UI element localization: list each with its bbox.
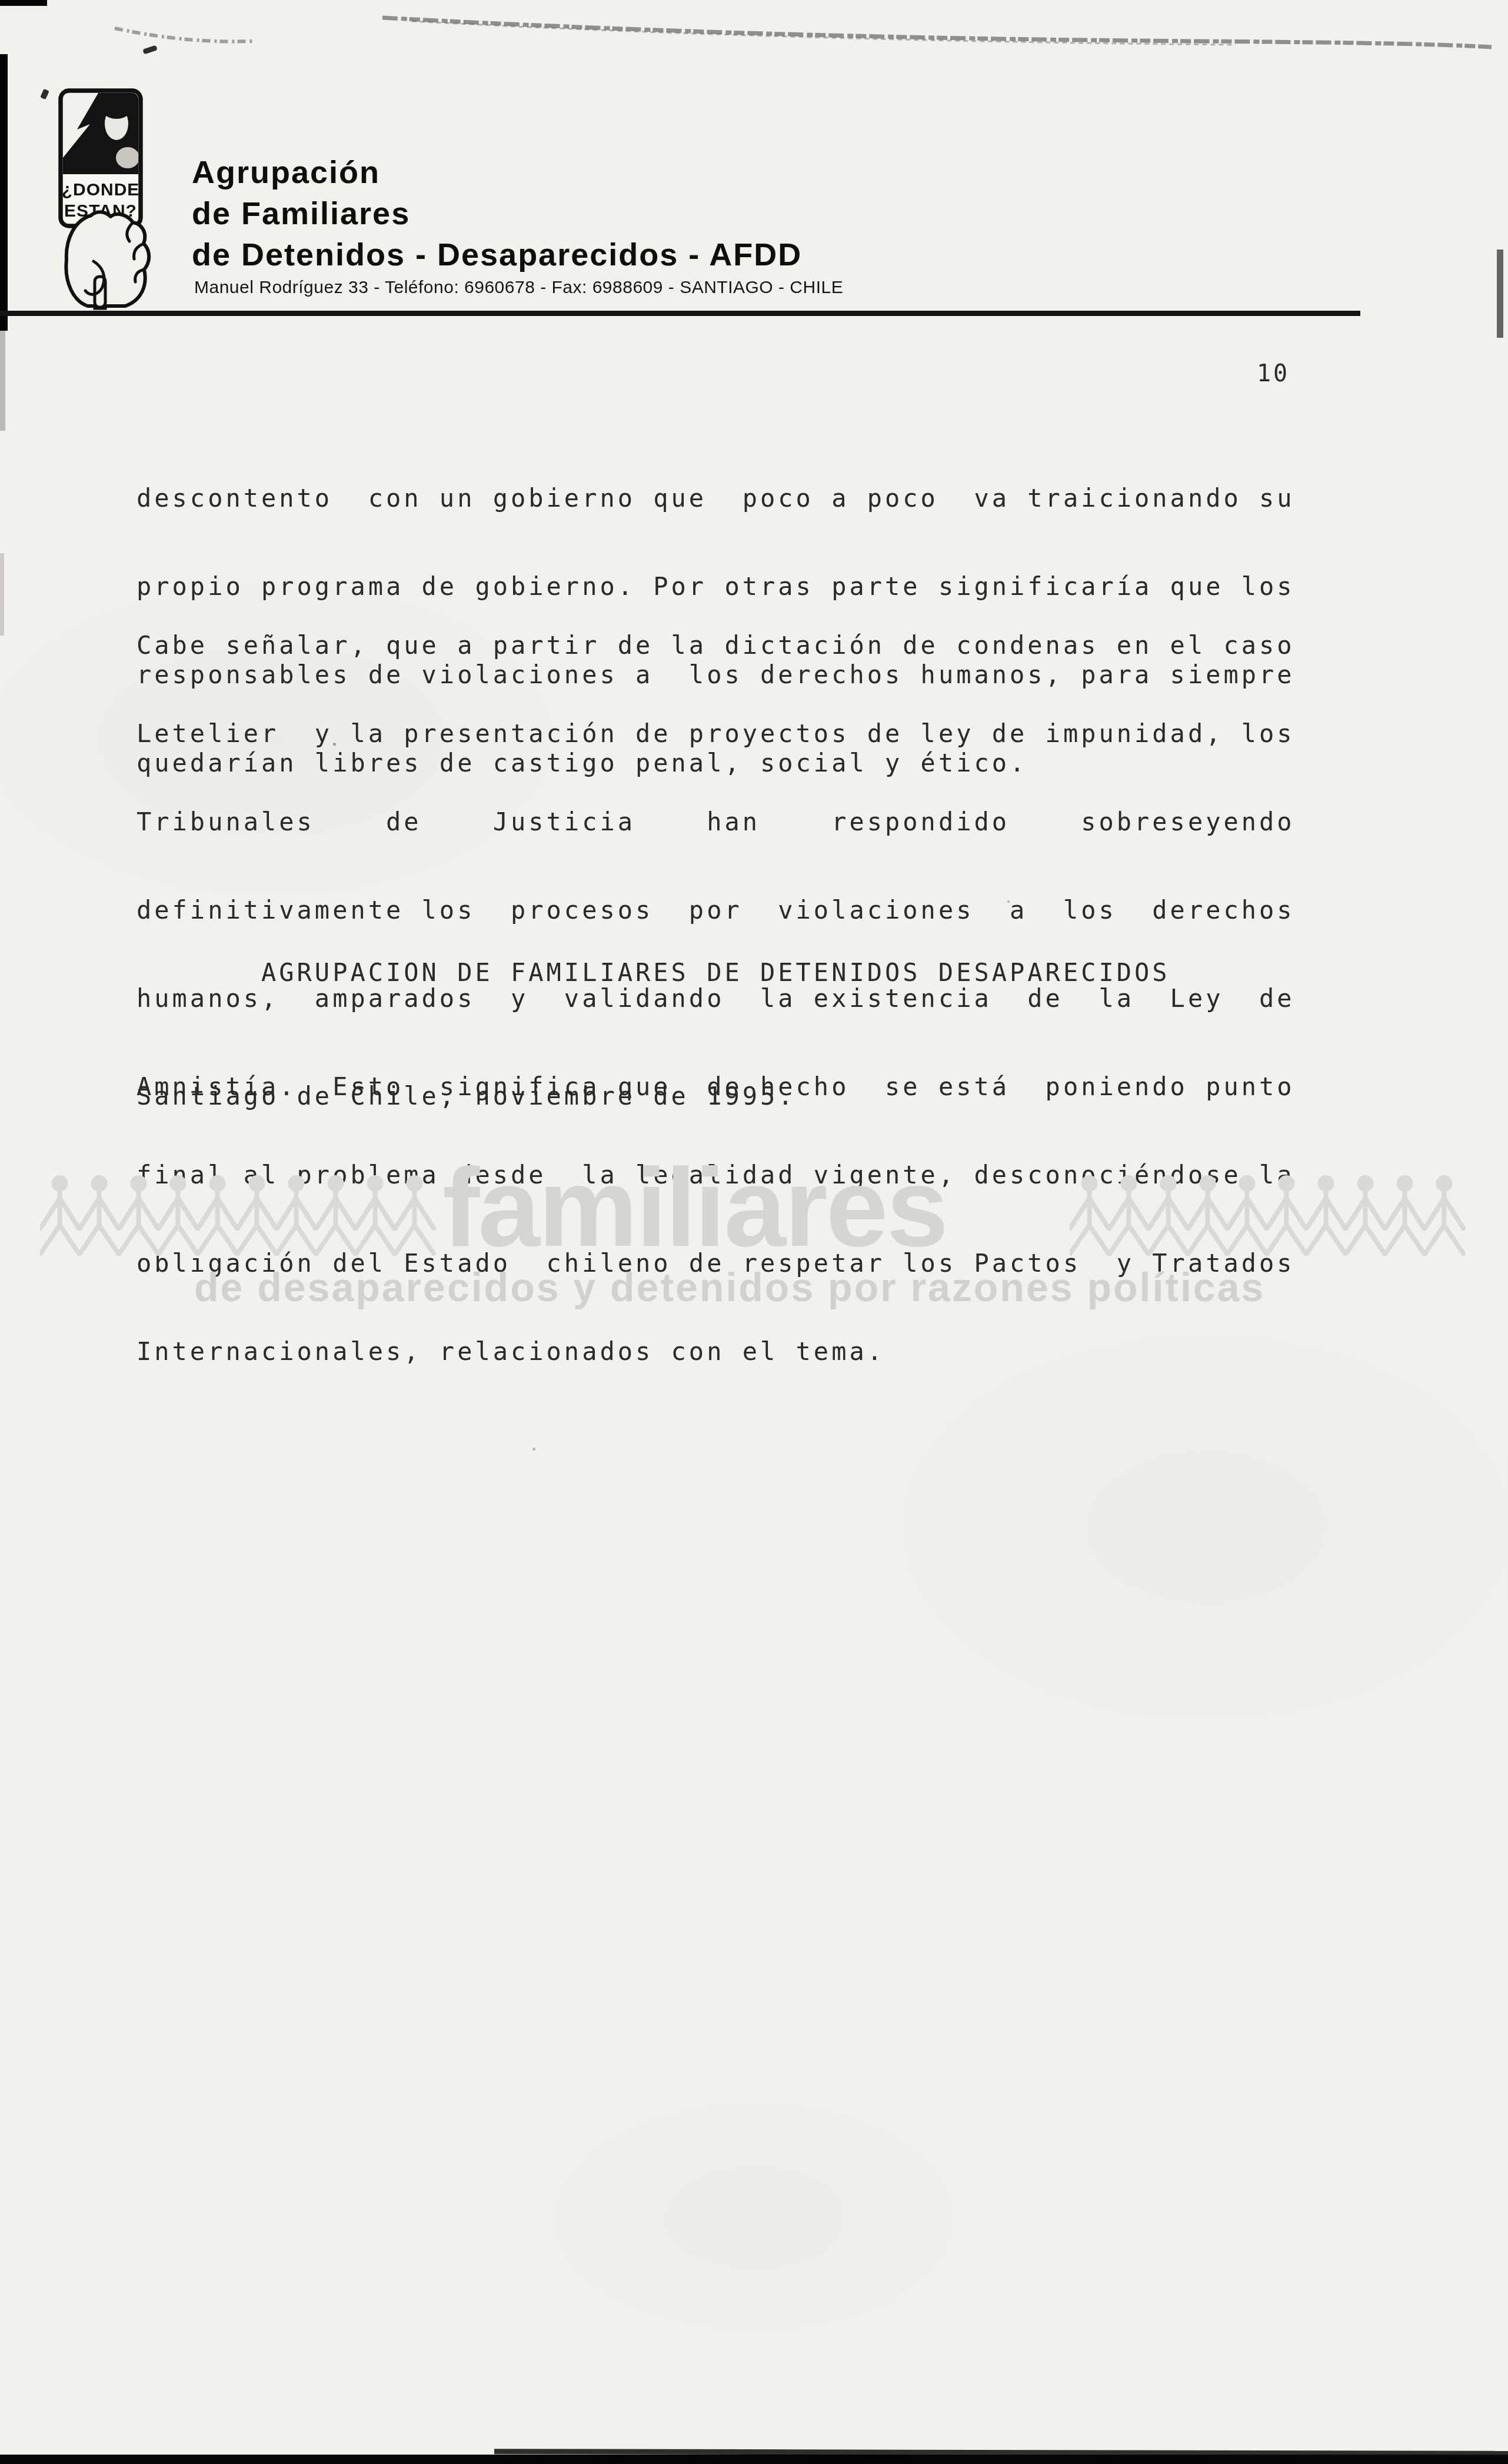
placard-text-line1: ¿DONDE bbox=[62, 180, 140, 199]
page-number: 10 bbox=[1257, 360, 1290, 387]
letterhead-rule bbox=[0, 311, 1360, 316]
signature-line: AGRUPACION DE FAMILIARES DE DETENIDOS DE… bbox=[261, 958, 1170, 987]
paragraph-2-line: Cabe señalar, que a partir de la dictaci… bbox=[137, 631, 1295, 660]
scan-speck-2 bbox=[40, 89, 49, 100]
paragraph-2-line: definitivamente los procesos por violaci… bbox=[137, 896, 1295, 925]
afdd-logo: ¿DONDE ESTAN? bbox=[56, 87, 203, 328]
scan-edge-bottom bbox=[0, 2455, 1508, 2464]
org-name-line1: Agrupación bbox=[192, 154, 380, 191]
org-name-line3: de Detenidos - Desaparecidos - AFDD bbox=[192, 237, 802, 273]
scan-edge-left-fade2 bbox=[0, 553, 4, 636]
scan-edge-right-mark bbox=[1497, 250, 1503, 338]
scan-edge-left-fade bbox=[0, 331, 5, 431]
org-name-line2: de Familiares bbox=[192, 195, 410, 232]
paper-doll-chain-left bbox=[40, 1172, 440, 1256]
scan-scratch-marks bbox=[0, 0, 1508, 77]
scan-edge-top-left bbox=[0, 0, 47, 6]
scanned-document-page: ¿DONDE ESTAN? Agrupación de Familiares d… bbox=[0, 0, 1508, 2464]
org-address: Manuel Rodríguez 33 - Teléfono: 6960678 … bbox=[194, 278, 843, 298]
paragraph-2-line: Tribunales de Justicia han respondido so… bbox=[137, 807, 1295, 837]
paragraph-2-line: Internacionales, relacionados con el tem… bbox=[137, 1337, 1295, 1366]
scan-speck-5 bbox=[532, 1448, 535, 1451]
paper-doll-chain-right bbox=[1070, 1172, 1470, 1256]
paragraph-1-line: descontento con un gobierno que poco a p… bbox=[137, 484, 1295, 513]
fist bbox=[66, 212, 149, 307]
dateline: Santiago de Chile, noviembre de 1995. bbox=[137, 1082, 796, 1111]
paragraph-2-line: humanos, amparados y validando la existe… bbox=[137, 984, 1295, 1013]
scan-edge-left bbox=[0, 54, 8, 331]
paragraph-2-line: Letelier y la presentación de proyectos … bbox=[137, 719, 1295, 749]
watermark-tagline: de desaparecidos y detenidos por razones… bbox=[194, 1264, 1265, 1311]
watermark-word: familiares bbox=[442, 1152, 947, 1263]
